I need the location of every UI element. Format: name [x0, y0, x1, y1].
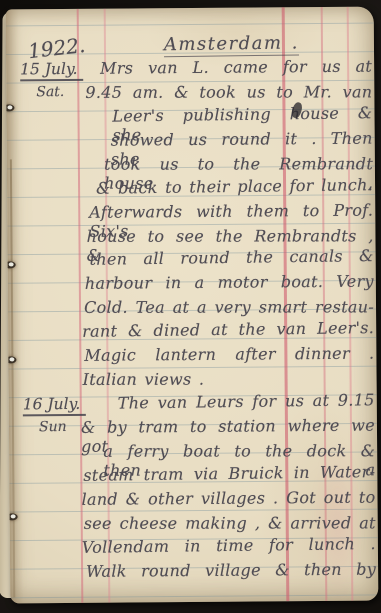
diary-line-text: The van Leurs for us at 9.15	[118, 390, 375, 412]
diary-line: 1922.Amsterdam .	[6, 33, 374, 60]
diary-line: steam tram via Bruick in Water-	[9, 463, 377, 490]
diary-line: Afterwards with them to Prof. Six's	[7, 200, 375, 227]
diary-line-text: Vollendam in time for lunch .	[82, 534, 376, 557]
diary-line: land & other villages . Got out to	[9, 487, 377, 514]
entry-weekday: Sun	[39, 419, 67, 435]
entry-date: 15 July.	[20, 60, 84, 81]
entry-weekday: Sat.	[36, 84, 64, 100]
diary-line: Sun& by tram to station where we got	[9, 416, 377, 443]
diary-line: rant & dined at the van Leer's.	[8, 320, 376, 347]
diary-line: harbour in a motor boat. Very	[8, 272, 376, 299]
diary-line-text: Cold. Tea at a very smart restau-	[84, 298, 374, 318]
diary-line-text: 9.45 am. & took us to Mr. van	[85, 82, 372, 102]
diary-line: 16 July.The van Leurs for us at 9.15	[9, 392, 377, 419]
diary-line-text: land & other villages . Got out to	[81, 487, 375, 508]
diary-line-text: steam tram via Bruick in Water-	[83, 462, 375, 485]
diary-line-text: Mrs van L. came for us at	[100, 57, 372, 78]
diary-line-text: harbour in a motor boat. Very	[85, 272, 374, 293]
diary-line-text: then all round the canals &	[89, 247, 373, 270]
diary-line: Magic lantern after dinner .	[8, 344, 376, 371]
diary-line: Walk round village & then by	[10, 559, 378, 586]
diary-scan: 1922.Amsterdam .15 July.Mrs van L. came …	[0, 0, 381, 613]
diary-line: & back to their place for lunch.	[7, 176, 375, 203]
diary-line-text: & back to their place for lunch.	[96, 175, 373, 198]
diary-line-text: rant & dined at the van Leer's.	[82, 318, 374, 341]
diary-line-text: Magic lantern after dinner .	[84, 344, 374, 365]
diary-line-text: Italian views .	[83, 370, 205, 389]
diary-line: Vollendam in time for lunch .	[10, 535, 378, 562]
diary-line: 15 July.Mrs van L. came for us at	[6, 57, 374, 84]
diary-line: Leer's publishing house & she	[6, 104, 374, 131]
entry-date: 16 July.	[23, 395, 87, 416]
page-title: Amsterdam .	[164, 32, 299, 57]
diary-text: 1922.Amsterdam .15 July.Mrs van L. came …	[6, 7, 379, 586]
diary-line: then all round the canals &	[8, 248, 376, 275]
notebook-page: 1922.Amsterdam .15 July.Mrs van L. came …	[6, 7, 379, 604]
diary-line-text: Walk round village & then by	[86, 559, 376, 580]
diary-line: showed us round it . Then she	[7, 128, 375, 155]
diary-line-text: see cheese making , & arrived at	[84, 513, 376, 533]
